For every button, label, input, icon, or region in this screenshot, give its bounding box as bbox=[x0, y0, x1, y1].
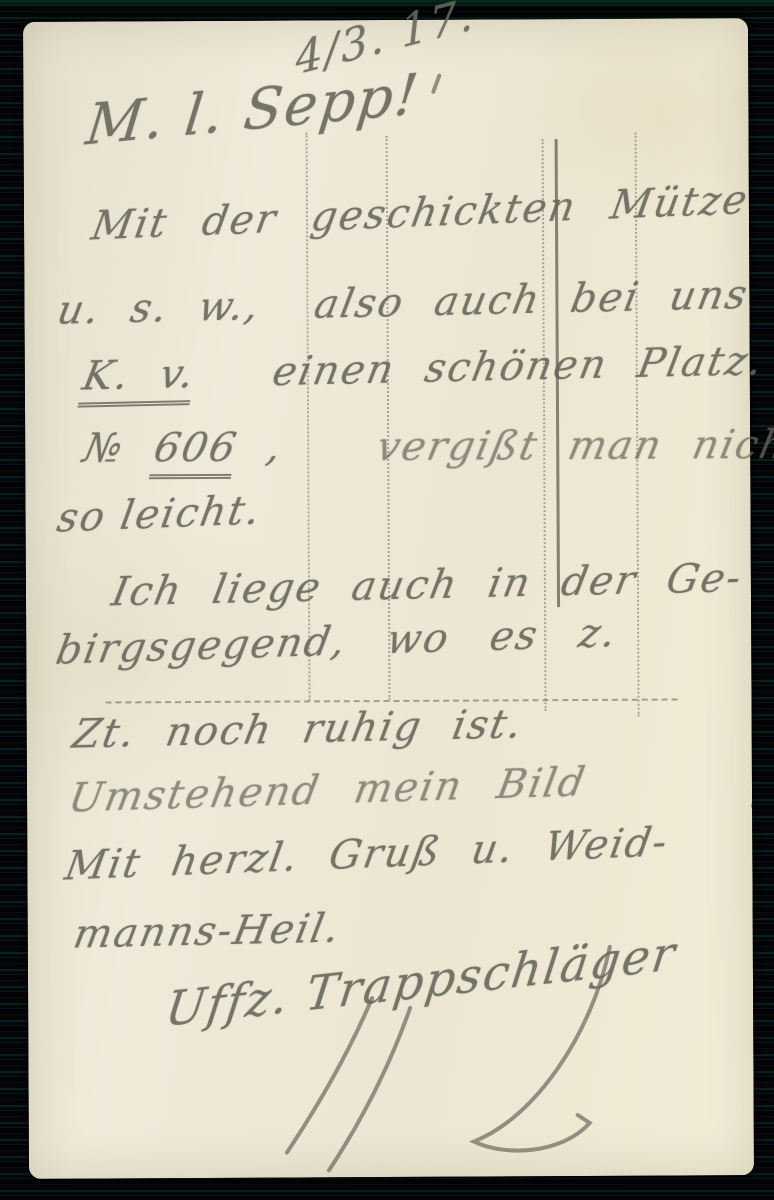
handwriting-gap bbox=[193, 385, 271, 387]
handwriting-line-gegend: birgsgegend, wo es z. bbox=[52, 610, 621, 674]
pencil-tick-right bbox=[753, 792, 754, 806]
handwriting-kv-rest: einen schönen Platz. bbox=[269, 338, 768, 395]
handwriting-no-number: 606 bbox=[148, 425, 242, 479]
handwriting-no-sign: № bbox=[79, 425, 159, 471]
postcard-paper: 4/3. 17. M. l. Sepp! Mit der geschickten… bbox=[23, 18, 754, 1179]
divider-horizontal-dashed bbox=[106, 698, 678, 703]
handwriting-line-usw: u. s. w.,also auch bei uns bbox=[54, 272, 753, 334]
handwriting-no-comma: , bbox=[232, 425, 287, 471]
handwriting-line-mit: Mit der geschickten Mütze bbox=[88, 177, 752, 250]
handwriting-line-zt: Zt. noch ruhig ist. bbox=[69, 701, 528, 757]
handwriting-usw-a: u. s. w., bbox=[54, 283, 265, 334]
handwriting-line-umstehend: Umstehend mein Bild bbox=[65, 759, 590, 822]
handwriting-usw-b: also auch bei uns bbox=[311, 272, 753, 328]
handwriting-no-rest: vergißt man nicht bbox=[373, 422, 774, 470]
handwriting-line-so-leicht: so leicht. bbox=[54, 487, 265, 542]
pencil-tick-top bbox=[433, 76, 439, 92]
flourish-stroke-2 bbox=[328, 1008, 411, 1170]
handwriting-line-gruss: Mit herzl. Gruß u. Weid- bbox=[62, 819, 673, 890]
handwriting-salutation: M. l. Sepp! bbox=[83, 62, 423, 159]
handwriting-gap bbox=[258, 318, 313, 319]
handwriting-line-ich: Ich liege auch in der Ge- bbox=[108, 555, 747, 616]
handwriting-line-no: № 606 ,vergißt man nicht bbox=[79, 422, 774, 472]
handwriting-line-kv: K. v.einen schönen Platz. bbox=[79, 338, 768, 400]
handwriting-line-heil: manns-Heil. bbox=[70, 905, 345, 957]
scan-border: 4/3. 17. M. l. Sepp! Mit der geschickten… bbox=[0, 0, 774, 1200]
handwriting-kv: K. v. bbox=[77, 351, 199, 408]
